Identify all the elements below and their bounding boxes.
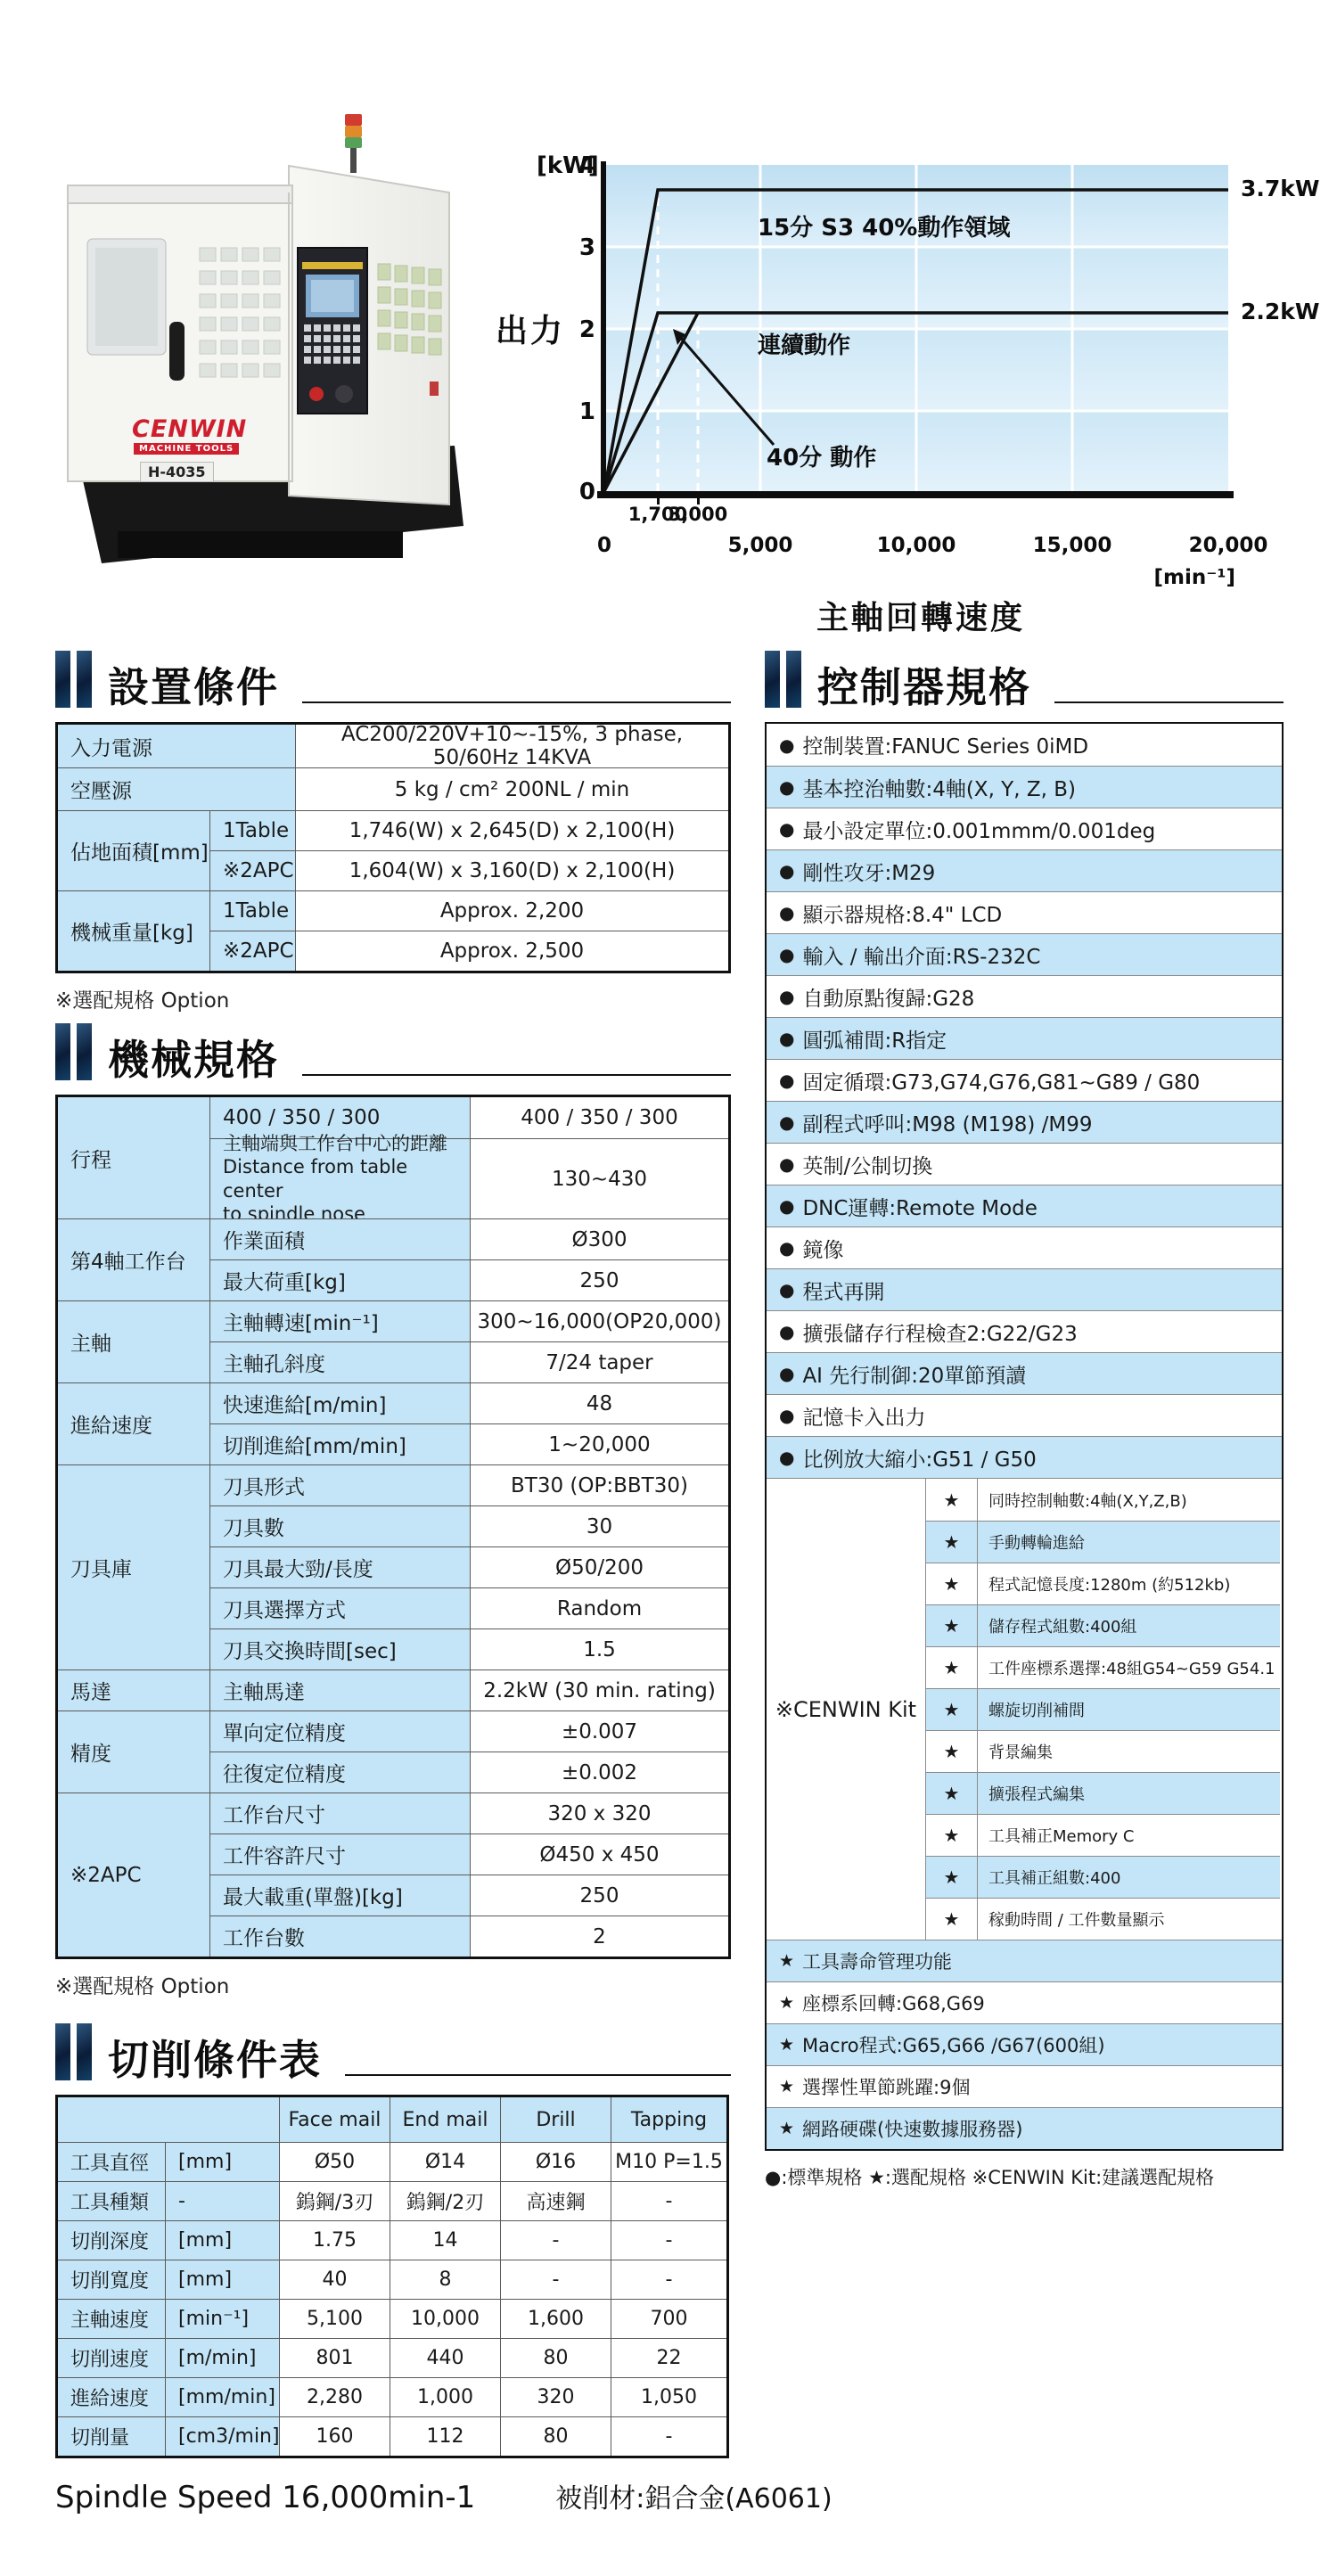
row-label: 進給速度 bbox=[58, 2377, 165, 2416]
table-cell-group-label: 精度 bbox=[58, 1710, 209, 1793]
setup-table: 入力電源 AC200/220V+10~-15%, 3 phase, 50/60H… bbox=[55, 722, 731, 973]
table-cell-group-label: ※2APC bbox=[58, 1793, 209, 1957]
table-cell-value: 250 bbox=[470, 1259, 728, 1300]
section-bars-icon bbox=[55, 651, 92, 708]
controller-item-text: 控制裝置:FANUC Series 0iMD bbox=[802, 730, 1088, 759]
table-cell-value: 鎢鋼/2刃 bbox=[390, 2181, 500, 2220]
table-cell-value: 1,600 bbox=[500, 2299, 611, 2338]
controller-item-text: 記憶卡入出力 bbox=[802, 1401, 925, 1431]
controller-item-text: 剛性攻牙:M29 bbox=[802, 857, 935, 886]
annotation-s3-region: 15分 S3 40%動作領域 bbox=[758, 209, 1010, 242]
table-cell-group-label: 機械重量[kg] bbox=[58, 890, 209, 971]
row-unit: [m/min] bbox=[165, 2338, 279, 2377]
table-cell-value: 5 kg / cm² 200NL / min bbox=[295, 767, 728, 810]
table-cell-value: 22 bbox=[611, 2338, 726, 2377]
table-cell-value: M10 P=1.5 bbox=[611, 2142, 726, 2181]
section-title: 切削條件表 bbox=[108, 2039, 322, 2080]
table-cell-group-label: 馬達 bbox=[58, 1669, 209, 1710]
table-cell-value: 鎢鋼/3刃 bbox=[279, 2181, 390, 2220]
kit-item-text: 螺旋切削補間 bbox=[977, 1688, 1280, 1730]
kit-item-text: 工件座標系選擇:48組G54~G59 G54.1 bbox=[977, 1646, 1280, 1688]
controller-item-text: AI 先行制御:20單節預讀 bbox=[802, 1359, 1026, 1389]
bullet-icon: ● bbox=[779, 1447, 794, 1468]
table-cell-value: 320 bbox=[500, 2377, 611, 2416]
row-label: 切削寬度 bbox=[58, 2260, 165, 2299]
table-cell-sublabel: 刀具數 bbox=[209, 1505, 470, 1546]
controller-item: ●記憶卡入出力 bbox=[767, 1394, 1282, 1436]
section-title: 機械規格 bbox=[108, 1039, 279, 1080]
column-header: Drill bbox=[500, 2097, 611, 2142]
controller-item-text: 擴張儲存行程檢查2:G22/G23 bbox=[802, 1317, 1077, 1347]
table-cell-value: - bbox=[611, 2181, 726, 2220]
cutting-footer: Spindle Speed 16,000min-1 被削材:鋁合金(A6061) bbox=[55, 2476, 833, 2515]
x-tick-10000: 10,000 bbox=[867, 534, 965, 557]
table-cell-value: 1.5 bbox=[470, 1628, 728, 1669]
bullet-icon: ● bbox=[779, 1321, 794, 1342]
option-item: ★選擇性單節跳躍:9個 bbox=[767, 2065, 1282, 2107]
bullet-icon: ● bbox=[779, 1363, 794, 1384]
star-icon: ★ bbox=[779, 2035, 794, 2055]
table-cell-sublabel: 單向定位精度 bbox=[209, 1710, 470, 1752]
star-icon: ★ bbox=[925, 1856, 977, 1898]
controller-item: ●固定循環:G73,G74,G76,G81~G89 / G80 bbox=[767, 1059, 1282, 1101]
column-header: Face mail bbox=[279, 2097, 390, 2142]
table-cell-value: ±0.002 bbox=[470, 1752, 728, 1793]
table-cell-value: 2.2kW (30 min. rating) bbox=[470, 1669, 728, 1710]
row-unit: [cm3/min] bbox=[165, 2416, 279, 2456]
controller-item-text: 最小設定單位:0.001mmm/0.001deg bbox=[802, 815, 1155, 844]
table-cell-value: - bbox=[611, 2220, 726, 2260]
table-cell-value: 高速鋼 bbox=[500, 2181, 611, 2220]
table-cell-sublabel: 主軸孔斜度 bbox=[209, 1341, 470, 1382]
controller-item: ●比例放大縮小:G51 / G50 bbox=[767, 1436, 1282, 1478]
signal-tower bbox=[345, 114, 362, 173]
table-cell-sublabel: 工作台尺寸 bbox=[209, 1793, 470, 1834]
controller-item-text: 英制/公制切換 bbox=[802, 1150, 932, 1179]
spec-sheet-page: CENWIN MACHINE TOOLS H-4035 bbox=[0, 0, 1337, 2576]
kit-item-text: 擴張程式編集 bbox=[977, 1772, 1280, 1814]
table-cell-value: 48 bbox=[470, 1382, 728, 1423]
bullet-icon: ● bbox=[779, 1112, 794, 1133]
table-cell-value: - bbox=[500, 2220, 611, 2260]
table-cell-group-label: 刀具庫 bbox=[58, 1464, 209, 1669]
controller-item-text: 圓弧補間:R指定 bbox=[802, 1024, 947, 1054]
cutting-table: Face mail End mail Drill Tapping 工具直徑 [m… bbox=[55, 2095, 729, 2458]
option-item-text: 座標系回轉:G68,G69 bbox=[802, 1989, 985, 2016]
table-cell-sublabel: 主軸轉速[min⁻¹] bbox=[209, 1300, 470, 1341]
table-cell-sublabel: 刀具選擇方式 bbox=[209, 1587, 470, 1628]
star-icon: ★ bbox=[925, 1772, 977, 1814]
bullet-icon: ● bbox=[779, 818, 794, 840]
table-cell-value: Ø300 bbox=[470, 1218, 728, 1259]
x-tick-15000: 15,000 bbox=[1023, 534, 1121, 557]
table-cell-sublabel: 快速進給[m/min] bbox=[209, 1382, 470, 1423]
table-cell-value: 801 bbox=[279, 2338, 390, 2377]
table-cell-value: 1.75 bbox=[279, 2220, 390, 2260]
column-header: Tapping bbox=[611, 2097, 726, 2142]
table-cell-value: - bbox=[611, 2260, 726, 2299]
option-note: ※選配規格 Option bbox=[55, 984, 731, 1013]
section-bars-icon bbox=[55, 2023, 92, 2080]
sublabel-line1: 主軸端與工作台中心的距離 bbox=[223, 1133, 447, 1154]
table-cell-sublabel: 1Table bbox=[209, 890, 295, 931]
footer-workpiece-material: 被削材:鋁合金(A6061) bbox=[555, 2476, 832, 2515]
table-cell-value: AC200/220V+10~-15%, 3 phase, 50/60Hz 14K… bbox=[295, 725, 728, 767]
star-icon: ★ bbox=[925, 1646, 977, 1688]
table-cell-value: Random bbox=[470, 1587, 728, 1628]
table-cell-value: 300~16,000(OP20,000) bbox=[470, 1300, 728, 1341]
controller-item-text: 固定循環:G73,G74,G76,G81~G89 / G80 bbox=[802, 1066, 1200, 1095]
controller-item-text: 顯示器規格:8.4" LCD bbox=[802, 898, 1002, 928]
table-cell-group-label: 佔地面積[mm] bbox=[58, 810, 209, 890]
y-tick-2: 2 bbox=[565, 316, 595, 343]
star-icon: ★ bbox=[925, 1688, 977, 1730]
controller-item-text: 自動原點復歸:G28 bbox=[802, 982, 974, 1012]
controller-item-text: 輸入 / 輸出介面:RS-232C bbox=[802, 940, 1040, 970]
controller-item-text: 副程式呼叫:M98 (M198) /M99 bbox=[802, 1108, 1092, 1137]
x-axis-unit: [min⁻¹] bbox=[1136, 566, 1235, 589]
bullet-icon: ● bbox=[779, 1405, 794, 1426]
controller-table: ●控制裝置:FANUC Series 0iMD ●基本控治軸數:4軸(X, Y,… bbox=[765, 722, 1284, 2151]
bullet-icon: ● bbox=[779, 944, 794, 965]
emergency-stop-button bbox=[309, 387, 324, 401]
table-cell-value: 30 bbox=[470, 1505, 728, 1546]
table-cell-sublabel: 刀具最大勁/長度 bbox=[209, 1546, 470, 1587]
machine-spec-table: 行程 400 / 350 / 300 400 / 350 / 300 主軸端與工… bbox=[55, 1095, 731, 1959]
table-cell-value: - bbox=[500, 2260, 611, 2299]
kit-item-text: 同時控制軸數:4軸(X,Y,Z,B) bbox=[977, 1479, 1280, 1521]
section-controller-specs: 控制器規格 ●控制裝置:FANUC Series 0iMD ●基本控治軸數:4軸… bbox=[765, 644, 1284, 2190]
table-cell-value: Approx. 2,200 bbox=[295, 890, 728, 931]
controller-item: ●最小設定單位:0.001mmm/0.001deg bbox=[767, 808, 1282, 849]
bullet-icon: ● bbox=[779, 1195, 794, 1217]
row-label: 切削深度 bbox=[58, 2220, 165, 2260]
controller-item: ●鏡像 bbox=[767, 1226, 1282, 1268]
bullet-icon: ● bbox=[779, 1237, 794, 1259]
kit-item-text: 工具補正組數:400 bbox=[977, 1856, 1280, 1898]
controller-item: ●英制/公制切換 bbox=[767, 1143, 1282, 1185]
table-cell-value: 80 bbox=[500, 2338, 611, 2377]
sublabel-line2: Distance from table center bbox=[223, 1156, 407, 1201]
table-cell-value: 2 bbox=[470, 1916, 728, 1957]
table-cell-sublabel: 最大荷重[kg] bbox=[209, 1259, 470, 1300]
table-cell-sublabel: 主軸端與工作台中心的距離 Distance from table center … bbox=[210, 1127, 470, 1231]
option-item: ★座標系回轉:G68,G69 bbox=[767, 1981, 1282, 2023]
door-handle bbox=[169, 322, 185, 381]
table-cell-value: 1~20,000 bbox=[470, 1423, 728, 1464]
option-item: ★工具壽命管理功能 bbox=[767, 1940, 1282, 1981]
star-icon: ★ bbox=[925, 1563, 977, 1604]
spindle-power-chart: [kW] 4 3 2 1 0 出力 1,700 3,000 0 5,000 10… bbox=[490, 76, 1337, 628]
controller-item: ●擴張儲存行程檢查2:G22/G23 bbox=[767, 1310, 1282, 1352]
section-bars-icon bbox=[55, 1023, 92, 1080]
table-cell-value: Ø50 bbox=[279, 2142, 390, 2181]
table-cell-value: 320 x 320 bbox=[470, 1793, 728, 1834]
controller-item-text: 比例放大縮小:G51 / G50 bbox=[802, 1443, 1036, 1473]
option-item-text: 網路硬碟(快速數據服務器) bbox=[802, 2115, 1022, 2142]
section-setup-conditions: 設置條件 入力電源 AC200/220V+10~-15%, 3 phase, 5… bbox=[55, 644, 731, 1013]
table-cell-value: 2,280 bbox=[279, 2377, 390, 2416]
star-icon: ★ bbox=[925, 1814, 977, 1856]
table-cell-label: 入力電源 bbox=[58, 725, 295, 767]
table-cell-sublabel: 刀具交換時間[sec] bbox=[209, 1628, 470, 1669]
row-unit: [mm] bbox=[165, 2142, 279, 2181]
section-cutting-conditions: 切削條件表 Face mail End mail Drill Tapping 工… bbox=[55, 2016, 731, 2458]
section-header: 切削條件表 bbox=[55, 2016, 731, 2080]
option-item: ★網路硬碟(快速數據服務器) bbox=[767, 2107, 1282, 2149]
table-cell-value: Approx. 2,500 bbox=[295, 931, 728, 971]
x-tick-0: 0 bbox=[555, 534, 653, 557]
table-cell-sublabel: 切削進給[mm/min] bbox=[209, 1423, 470, 1464]
controller-item: ●程式再開 bbox=[767, 1268, 1282, 1310]
table-cell-sublabel: 往復定位精度 bbox=[209, 1752, 470, 1793]
table-cell-value: 700 bbox=[611, 2299, 726, 2338]
control-panel bbox=[298, 248, 367, 414]
bullet-icon: ● bbox=[779, 1070, 794, 1091]
controller-item: ●自動原點復歸:G28 bbox=[767, 975, 1282, 1017]
bullet-icon: ● bbox=[779, 1279, 794, 1300]
bullet-icon: ● bbox=[779, 776, 794, 798]
table-cell-sublabel: 最大載重(單盤)[kg] bbox=[209, 1875, 470, 1916]
kit-item-text: 手動轉輪進給 bbox=[977, 1521, 1280, 1563]
table-cell-value: - bbox=[611, 2416, 726, 2456]
table-cell-value: 1,746(W) x 2,645(D) x 2,100(H) bbox=[295, 810, 728, 850]
table-cell-sublabel: ※2APC bbox=[209, 931, 295, 971]
section-title: 設置條件 bbox=[108, 667, 279, 708]
table-cell-value: Ø14 bbox=[390, 2142, 500, 2181]
kit-item-text: 背景編集 bbox=[977, 1730, 1280, 1772]
table-cell-sublabel: 刀具形式 bbox=[209, 1464, 470, 1505]
x-tick-3000: 3,000 bbox=[658, 504, 738, 525]
label-2_2kw: 2.2kW bbox=[1241, 299, 1320, 324]
cenwin-kit-block: ※CENWIN Kit ★ 同時控制軸數:4軸(X,Y,Z,B) ★ 手動轉輪進… bbox=[767, 1478, 1282, 1940]
table-cell-sublabel: 工件容許尺寸 bbox=[209, 1834, 470, 1875]
table-cell-value: 250 bbox=[470, 1875, 728, 1916]
spec-legend: ●:標準規格 ★:選配規格 ※CENWIN Kit:建議選配規格 bbox=[765, 2163, 1284, 2190]
bullet-icon: ● bbox=[779, 860, 794, 882]
option-note: ※選配規格 Option bbox=[55, 1970, 731, 1999]
model-badge: H-4035 bbox=[140, 462, 214, 482]
section-title: 控制器規格 bbox=[817, 667, 1031, 708]
row-label: 工具直徑 bbox=[58, 2142, 165, 2181]
y-tick-3: 3 bbox=[565, 234, 595, 261]
row-unit: [mm] bbox=[165, 2260, 279, 2299]
controller-item-text: DNC運轉:Remote Mode bbox=[802, 1192, 1037, 1221]
table-cell-value: Ø50/200 bbox=[470, 1546, 728, 1587]
star-icon: ★ bbox=[779, 2119, 794, 2138]
annotation-40min: 40分 動作 bbox=[767, 439, 876, 472]
table-cell-value: 160 bbox=[279, 2416, 390, 2456]
table-cell-group-label: 主軸 bbox=[58, 1300, 209, 1382]
table-cell-value: 80 bbox=[500, 2416, 611, 2456]
controller-item-text: 鏡像 bbox=[802, 1234, 843, 1263]
label-3_7kw: 3.7kW bbox=[1241, 176, 1320, 201]
controller-item: ●AI 先行制御:20單節預讀 bbox=[767, 1352, 1282, 1394]
table-cell-label: 空壓源 bbox=[58, 767, 295, 810]
table-cell-value: 8 bbox=[390, 2260, 500, 2299]
section-machine-specs: 機械規格 行程 400 / 350 / 300 400 / 350 / 300 … bbox=[55, 1016, 731, 1999]
table-cell-value: 440 bbox=[390, 2338, 500, 2377]
row-unit: [min⁻¹] bbox=[165, 2299, 279, 2338]
table-cell-value: 5,100 bbox=[279, 2299, 390, 2338]
star-icon: ★ bbox=[925, 1604, 977, 1646]
option-item-text: 選擇性單節跳躍:9個 bbox=[802, 2073, 970, 2100]
x-tick-5000: 5,000 bbox=[711, 534, 809, 557]
controller-item: ●圓弧補間:R指定 bbox=[767, 1017, 1282, 1059]
star-icon: ★ bbox=[779, 1951, 794, 1971]
bullet-icon: ● bbox=[779, 734, 794, 756]
kit-label: ※CENWIN Kit bbox=[767, 1479, 925, 1940]
row-unit: [mm] bbox=[165, 2220, 279, 2260]
star-icon: ★ bbox=[925, 1898, 977, 1940]
table-cell-value: 10,000 bbox=[390, 2299, 500, 2338]
star-icon: ★ bbox=[925, 1730, 977, 1772]
y-axis-label: 出力 bbox=[496, 306, 565, 351]
controller-item: ●顯示器規格:8.4" LCD bbox=[767, 891, 1282, 933]
controller-item: ●基本控治軸數:4軸(X, Y, Z, B) bbox=[767, 766, 1282, 808]
table-cell-value: 7/24 taper bbox=[470, 1341, 728, 1382]
row-unit: - bbox=[165, 2181, 279, 2220]
table-cell-sublabel: 作業面積 bbox=[209, 1218, 470, 1259]
star-icon: ★ bbox=[779, 1993, 794, 2013]
table-cell-value: 1,000 bbox=[390, 2377, 500, 2416]
controller-item-text: 基本控治軸數:4軸(X, Y, Z, B) bbox=[802, 773, 1076, 802]
row-label: 切削量 bbox=[58, 2416, 165, 2456]
table-cell-value: 1,604(W) x 3,160(D) x 2,100(H) bbox=[295, 850, 728, 890]
bullet-icon: ● bbox=[779, 1028, 794, 1049]
table-cell-value: BT30 (OP:BBT30) bbox=[470, 1464, 728, 1505]
column-header: End mail bbox=[390, 2097, 500, 2142]
controller-item: ●輸入 / 輸出介面:RS-232C bbox=[767, 933, 1282, 975]
section-header: 控制器規格 bbox=[765, 644, 1284, 708]
table-cell-value: 112 bbox=[390, 2416, 500, 2456]
table-cell-value: Ø450 x 450 bbox=[470, 1834, 728, 1875]
table-cell-group-label: 第4軸工作台 bbox=[58, 1218, 209, 1300]
controller-item: ●副程式呼叫:M98 (M198) /M99 bbox=[767, 1101, 1282, 1143]
table-cell-group-label: 進給速度 bbox=[58, 1382, 209, 1464]
kit-item-text: 儲存程式組數:400組 bbox=[977, 1604, 1280, 1646]
table-cell-sublabel: 工作台數 bbox=[209, 1916, 470, 1957]
table-cell-sublabel: 1Table bbox=[209, 810, 295, 850]
footer-spindle-speed: Spindle Speed 16,000min-1 bbox=[55, 2480, 475, 2515]
table-cell-value: 400 / 350 / 300 bbox=[470, 1097, 728, 1138]
controller-item: ●控制裝置:FANUC Series 0iMD bbox=[767, 724, 1282, 766]
row-label: 工具種類 bbox=[58, 2181, 165, 2220]
brand-sub-label: MACHINE TOOLS bbox=[134, 443, 239, 455]
table-cell-value: 40 bbox=[279, 2260, 390, 2299]
brand-logo: CENWIN bbox=[132, 415, 247, 443]
bullet-icon: ● bbox=[779, 986, 794, 1007]
section-header: 機械規格 bbox=[55, 1016, 731, 1080]
controller-item: ●剛性攻牙:M29 bbox=[767, 849, 1282, 891]
y-tick-1: 1 bbox=[565, 398, 595, 425]
x-tick-20000: 20,000 bbox=[1179, 534, 1277, 557]
annotation-continuous: 連續動作 bbox=[758, 327, 850, 360]
option-item: ★Macro程式:G65,G66 /G67(600組) bbox=[767, 2023, 1282, 2065]
controller-item: ●DNC運轉:Remote Mode bbox=[767, 1185, 1282, 1226]
section-bars-icon bbox=[765, 651, 801, 708]
table-cell-value: Ø16 bbox=[500, 2142, 611, 2181]
y-tick-4: 4 bbox=[565, 152, 595, 179]
bullet-icon: ● bbox=[779, 902, 794, 923]
option-item-text: Macro程式:G65,G66 /G67(600組) bbox=[802, 2031, 1105, 2058]
kit-item-text: 程式記憶長度:1280m (約512kb) bbox=[977, 1563, 1280, 1604]
star-icon: ★ bbox=[925, 1521, 977, 1563]
y-tick-0: 0 bbox=[565, 479, 595, 505]
table-cell-value: 130~430 bbox=[470, 1138, 728, 1218]
table-cell-value: 14 bbox=[390, 2220, 500, 2260]
table-cell-value: 1,050 bbox=[611, 2377, 726, 2416]
machine-photo: CENWIN MACHINE TOOLS H-4035 bbox=[55, 114, 474, 578]
table-cell-group-label: 行程 bbox=[58, 1097, 209, 1218]
controller-item-text: 程式再開 bbox=[802, 1276, 884, 1305]
star-icon: ★ bbox=[925, 1479, 977, 1521]
kit-item-text: 稼動時間 / 工件數量顯示 bbox=[977, 1898, 1280, 1940]
x-axis-title: 主軸回轉速度 bbox=[747, 593, 1095, 638]
table-cell-sublabel: ※2APC bbox=[209, 850, 295, 890]
table-cell-blank bbox=[58, 2097, 279, 2142]
option-item-text: 工具壽命管理功能 bbox=[802, 1948, 952, 1974]
table-cell-value: ±0.007 bbox=[470, 1710, 728, 1752]
kit-item-text: 工具補正Memory C bbox=[977, 1814, 1280, 1856]
row-label: 主軸速度 bbox=[58, 2299, 165, 2338]
machine-illustration bbox=[55, 114, 474, 578]
row-label: 切削速度 bbox=[58, 2338, 165, 2377]
star-icon: ★ bbox=[779, 2077, 794, 2096]
bullet-icon: ● bbox=[779, 1153, 794, 1175]
row-unit: [mm/min] bbox=[165, 2377, 279, 2416]
table-cell-sublabel: 主軸馬達 bbox=[209, 1669, 470, 1710]
section-header: 設置條件 bbox=[55, 644, 731, 708]
